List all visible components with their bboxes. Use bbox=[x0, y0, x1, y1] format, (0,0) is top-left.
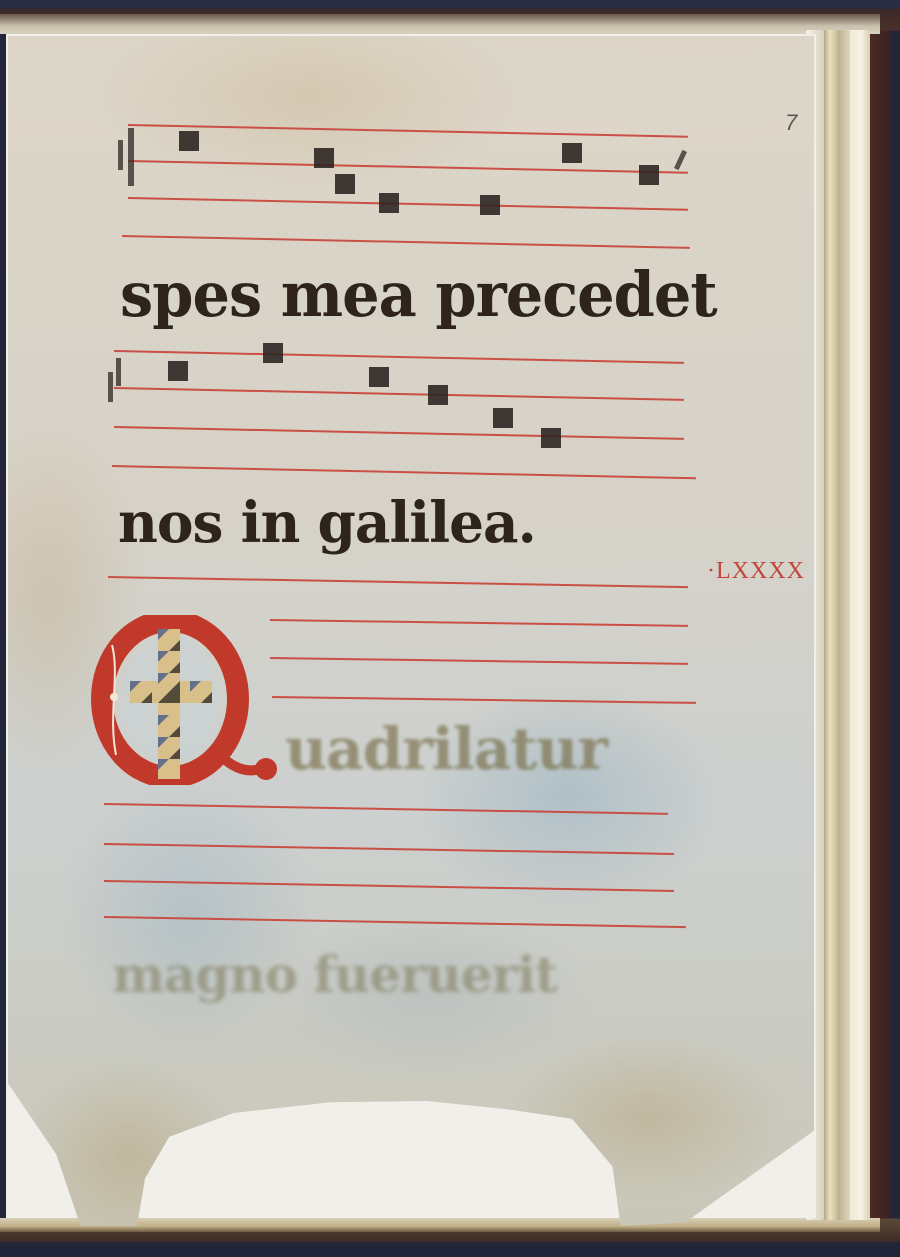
page-stack-edge bbox=[836, 30, 850, 1220]
binding-top-edge bbox=[0, 14, 880, 34]
lyric-line-4-faded: magno fueruerit bbox=[112, 945, 557, 1004]
lyric-line-3-faded: uadrilatur bbox=[285, 715, 607, 783]
page-number: 7 bbox=[785, 110, 797, 136]
folio-number: ·LXXXX bbox=[707, 558, 805, 585]
decorated-initial-q-icon bbox=[90, 615, 280, 785]
lyric-line-1: spes mea precedet bbox=[120, 258, 717, 331]
page-stack-edge bbox=[822, 30, 838, 1220]
page-stack-edge bbox=[848, 30, 870, 1220]
lyric-line-2: nos in galilea. bbox=[118, 490, 536, 556]
